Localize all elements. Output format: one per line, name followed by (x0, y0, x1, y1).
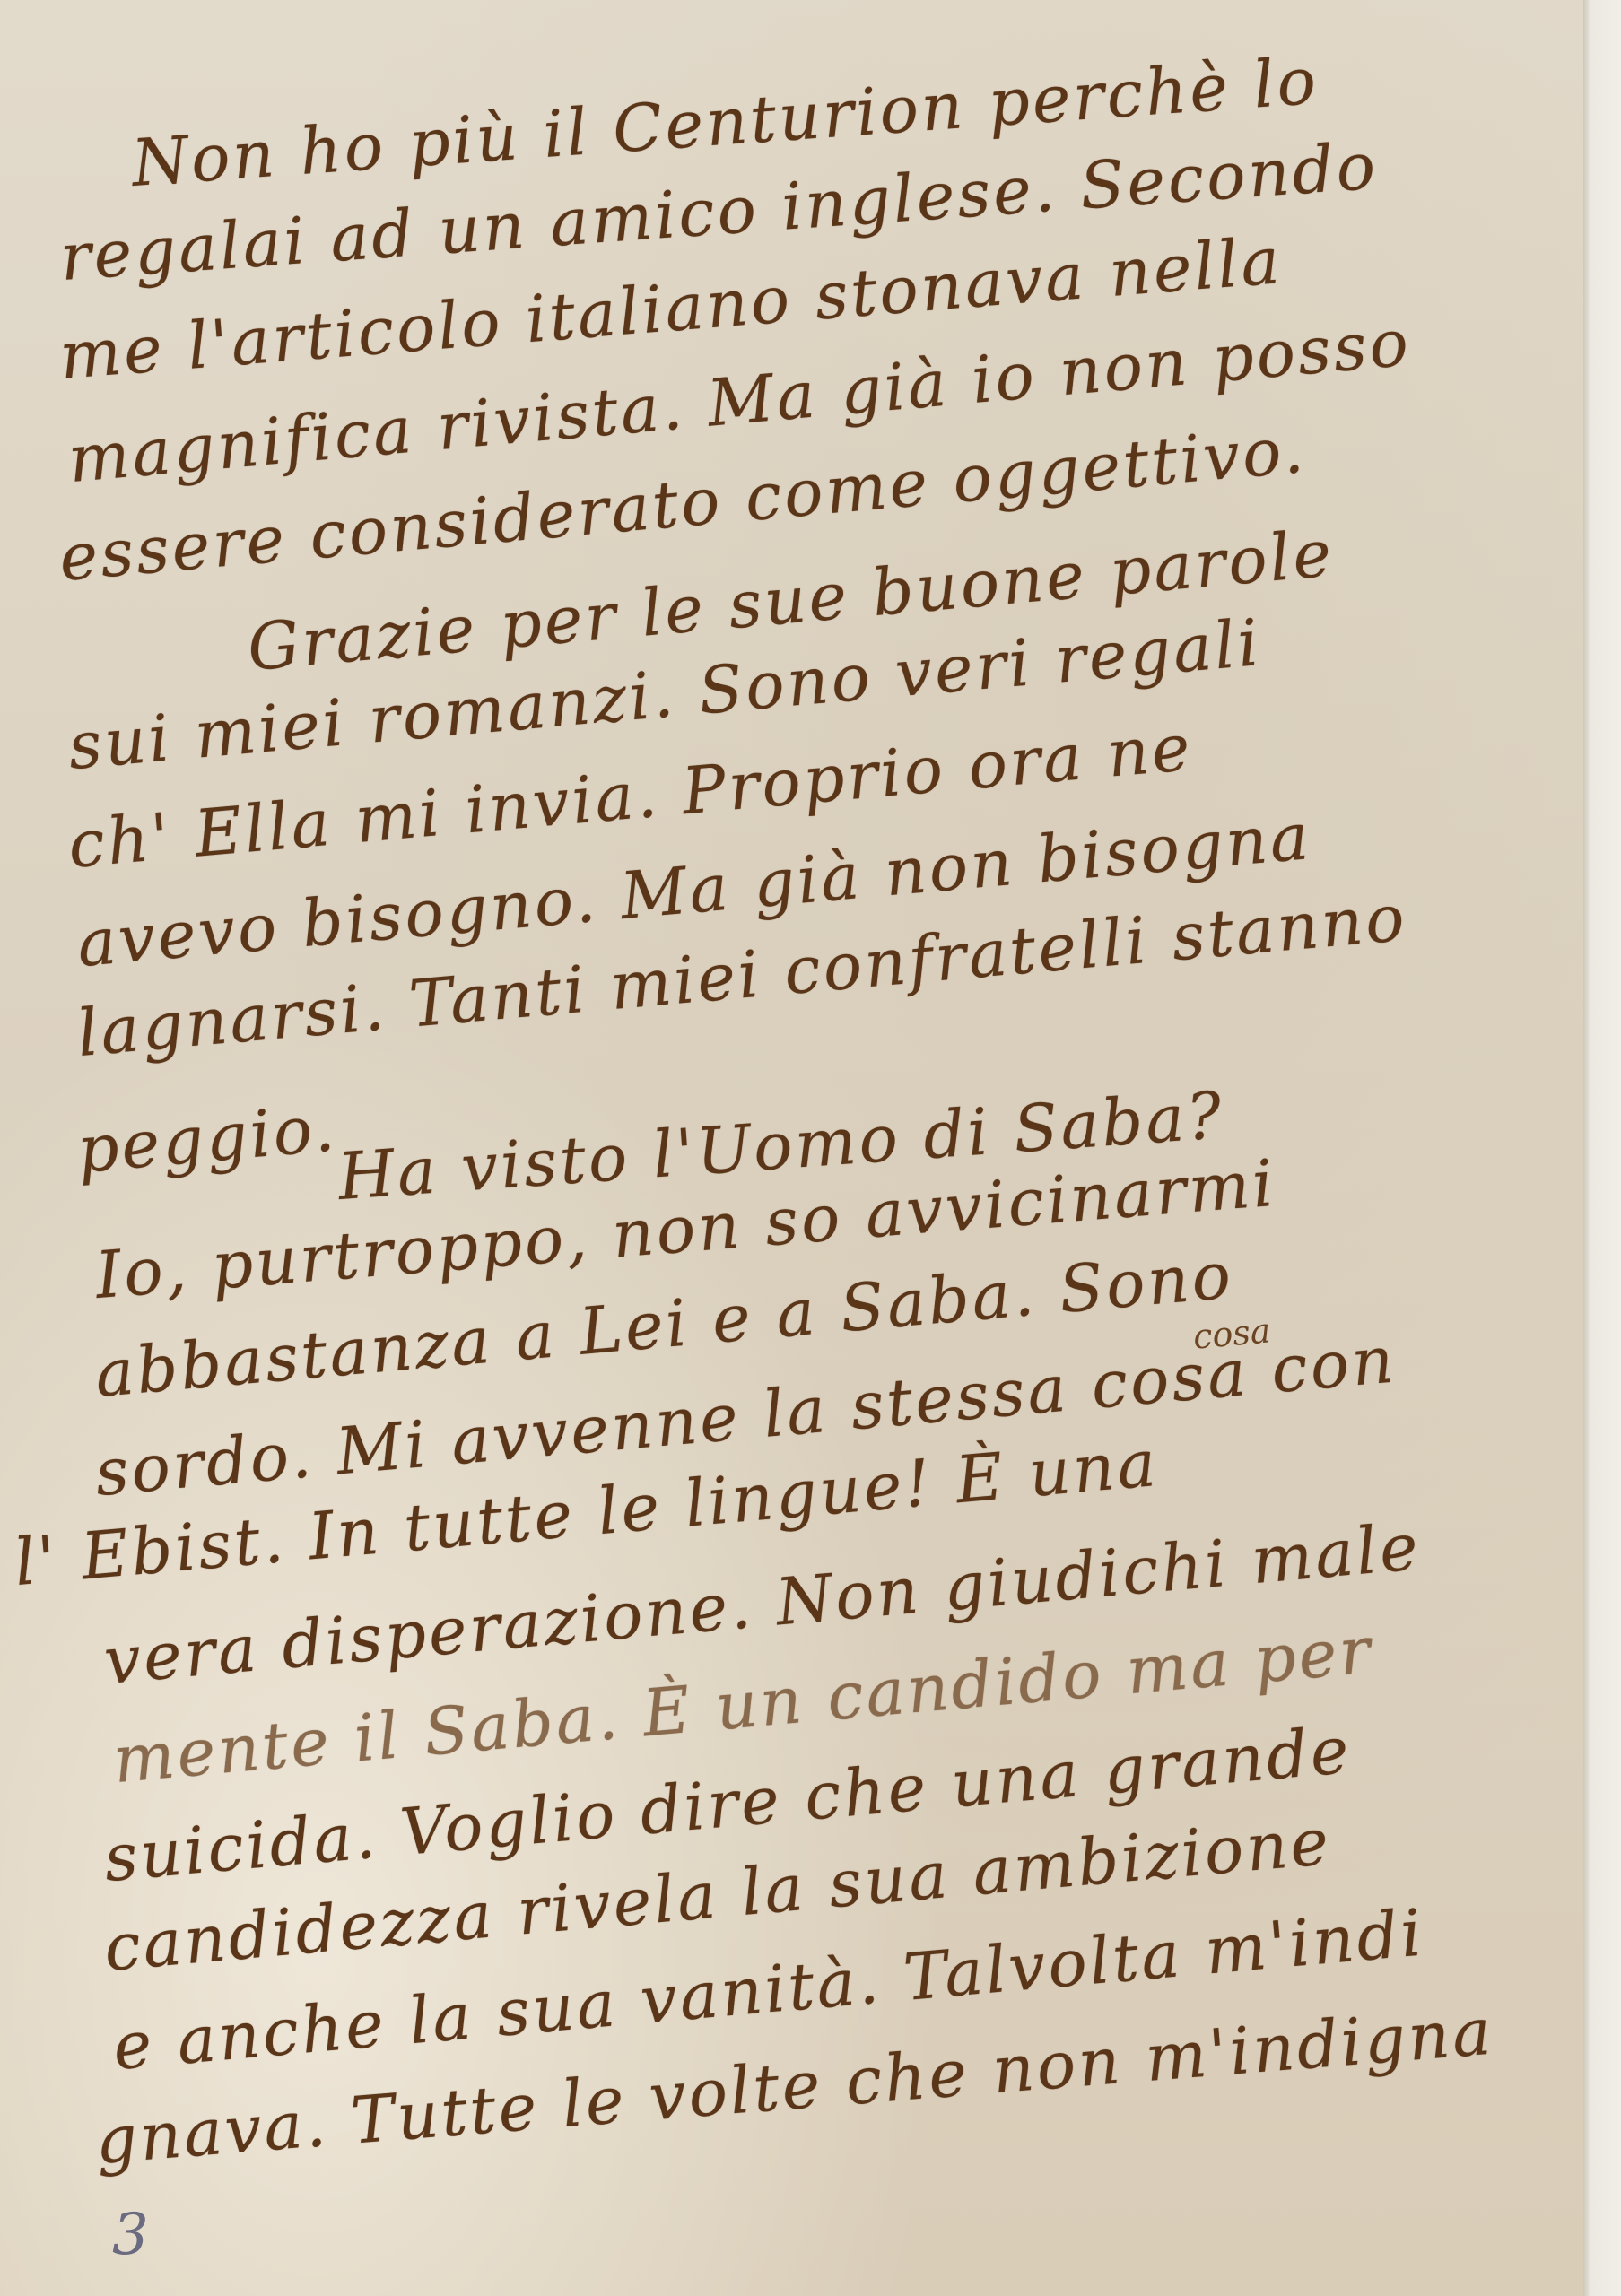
letter-line-11: peggio. (74, 1090, 340, 1187)
page-edge (1583, 0, 1621, 2296)
letter-page: Non ho più il Centurion perchè lo regala… (0, 0, 1583, 2296)
page-number: 3 (112, 2202, 149, 2268)
